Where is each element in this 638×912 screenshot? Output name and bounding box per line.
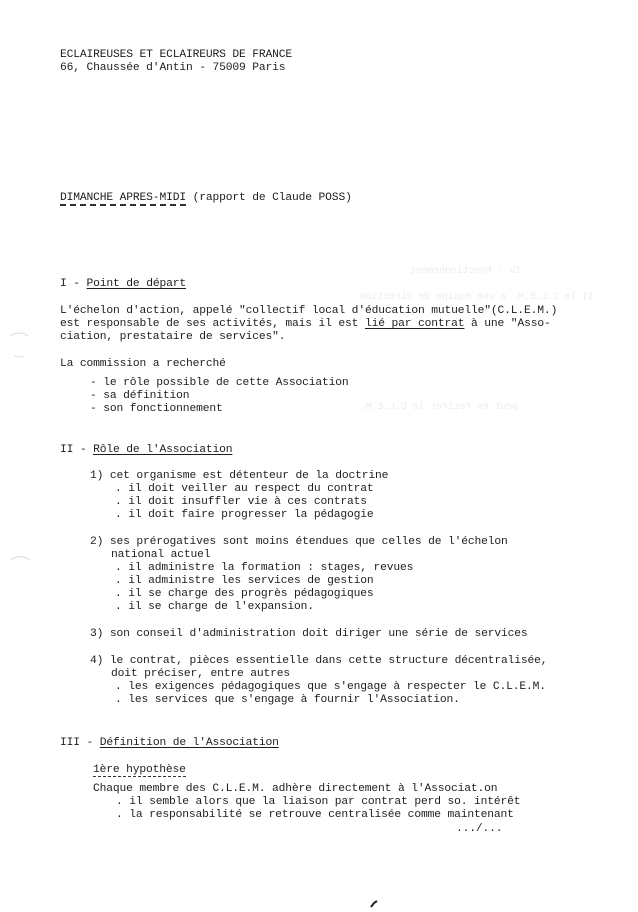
section-1-paragraph-line: ciation, prestataire de services". — [60, 331, 285, 344]
list-item: . la responsabilité se retrouve centrali… — [116, 809, 514, 822]
section-3-intro: Chaque membre des C.L.E.M. adhère direct… — [93, 783, 497, 796]
punch-hole-mark — [8, 552, 34, 562]
section-3-title: Définition de l'Association — [100, 737, 279, 749]
list-item: . les exigences pédagogiques que s'engag… — [115, 681, 546, 694]
title-main: DIMANCHE APRES-MIDI — [60, 192, 186, 206]
document-title: DIMANCHE APRES-MIDI (rapport de Claude P… — [60, 192, 352, 205]
section-2-title: Rôle de l'Association — [93, 444, 232, 456]
bleed-through-heading: IV - Fonctionnement — [410, 266, 521, 277]
title-subtitle: (rapport de Claude POSS) — [186, 192, 352, 204]
list-item: . il doit insuffler vie à ces contrats — [115, 496, 367, 509]
text-span: est responsable de ses activités, mais i… — [60, 318, 365, 330]
bleed-through-line: 1) le C.L.E.M. a une équipe de direction — [360, 292, 594, 303]
list-item: . les services que s'engage à fournir l'… — [115, 694, 460, 707]
numbered-point: 2) ses prérogatives sont moins étendues … — [90, 536, 508, 549]
list-item: . il se charge de l'expansion. — [115, 601, 314, 614]
emphasis-lie-par-contrat: lié par contrat — [365, 318, 464, 330]
section-1-intro: La commission a recherché — [60, 358, 226, 371]
list-item: . il semble alors que la liaison par con… — [116, 796, 520, 809]
numbered-point: 1) cet organisme est détenteur de la doc… — [90, 470, 388, 483]
list-item: . il administre les services de gestion — [115, 575, 374, 588]
section-1-number: I - — [60, 278, 87, 290]
section-1-paragraph-line: est responsable de ses activités, mais i… — [60, 318, 551, 331]
subheading-hypothesis: 1ère hypothèse — [93, 764, 186, 777]
hypothesis-title: 1ère hypothèse — [93, 764, 186, 777]
punch-hole-mark — [6, 330, 32, 360]
list-item: - le rôle possible de cette Association — [90, 377, 349, 390]
list-item: . il administre la formation : stages, r… — [115, 562, 413, 575]
bleed-through-line: peut en retirer le C.L.E.M. — [360, 402, 518, 413]
section-3-number: III - — [60, 737, 100, 749]
numbered-point: 3) son conseil d'administration doit dir… — [90, 628, 528, 641]
section-2-number: II - — [60, 444, 93, 456]
list-item: . il se charge des progrès pédagogiques — [115, 588, 374, 601]
ink-speck — [370, 900, 378, 908]
section-1-paragraph-line: L'échelon d'action, appelé "collectif lo… — [60, 305, 557, 318]
organization-name: ECLAIREUSES ET ECLAIREURS DE FRANCE — [60, 49, 292, 62]
list-item: . il doit faire progresser la pédagogie — [115, 509, 374, 522]
section-1-title: Point de départ — [87, 278, 186, 290]
list-item: - son fonctionnement — [90, 403, 223, 416]
list-item: - sa définition — [90, 390, 189, 403]
section-3-heading: III - Définition de l'Association — [60, 737, 279, 750]
organization-address: 66, Chaussée d'Antin - 75009 Paris — [60, 62, 285, 75]
list-item: . il doit veiller au respect du contrat — [115, 483, 374, 496]
continued-marker: .../... — [456, 823, 502, 836]
section-2-heading: II - Rôle de l'Association — [60, 444, 232, 457]
numbered-point: 4) le contrat, pièces essentielle dans c… — [90, 655, 547, 668]
section-1-heading: I - Point de départ — [60, 278, 186, 291]
numbered-point-continuation: national actuel — [111, 549, 210, 562]
numbered-point-continuation: doit préciser, entre autres — [111, 668, 290, 681]
text-span: à une "Asso- — [464, 318, 550, 330]
